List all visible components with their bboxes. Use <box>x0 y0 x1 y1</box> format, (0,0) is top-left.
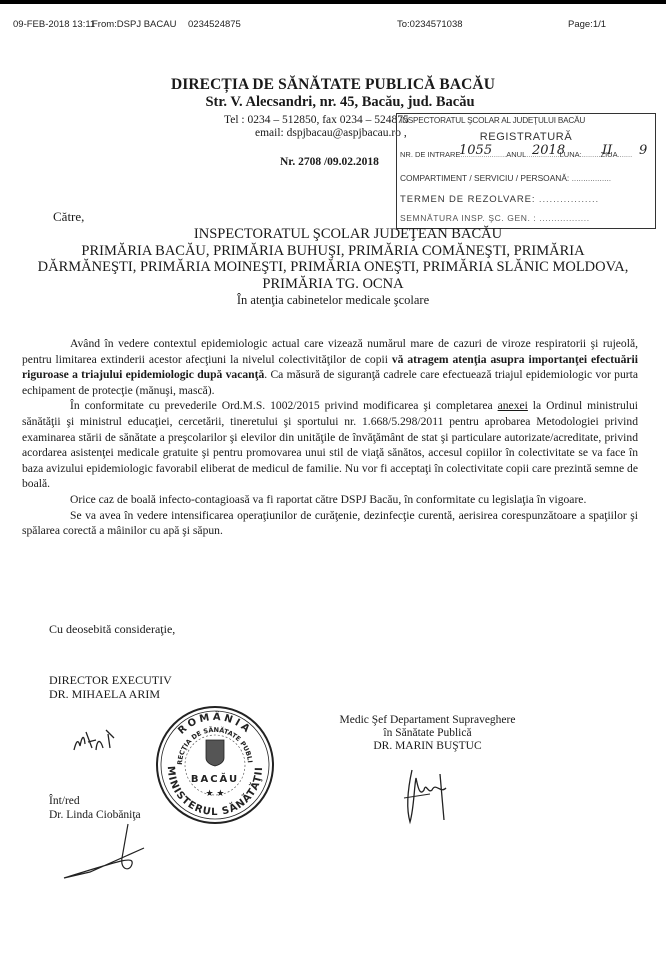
director-title: DIRECTOR EXECUTIV <box>49 673 172 687</box>
recipient-line: DĂRMĂNEŞTI, PRIMĂRIA MOINEŞTI, PRIMĂRIA … <box>0 259 666 276</box>
chief-name: DR. MARIN BUŞTUC <box>320 740 535 753</box>
registry-signature-dots: ................. <box>539 213 589 223</box>
director-block: DIRECTOR EXECUTIV DR. MIHAELA ARIM <box>49 673 172 701</box>
registry-department-label: COMPARTIMENT / SERVICIU / PERSOANĂ: <box>400 173 569 183</box>
paragraph-reporting: Orice caz de boală infecto-contagioasă v… <box>22 492 638 508</box>
paragraph-hygiene: Se va avea în vedere intensificarea oper… <box>22 508 638 539</box>
chief-signature-icon <box>400 768 490 828</box>
recipient-line: INSPECTORATUL ŞCOLAR JUDEŢEAN BACĂU <box>0 226 666 243</box>
recipient-line: PRIMĂRIA BACĂU, PRIMĂRIA BUHUŞI, PRIMĂRI… <box>0 243 666 260</box>
fax-datetime: 09-FEB-2018 13:11 <box>13 19 95 30</box>
registry-year-label: ANUL <box>506 150 526 159</box>
fax-from-number: 0234524875 <box>188 19 241 30</box>
drafted-by-block: Înt/red Dr. Linda Ciobăniţa <box>49 794 141 822</box>
official-stamp-icon: ROMÂNIA DIRECŢIA DE SĂNĂTATE PUBLICĂ MIN… <box>150 700 280 830</box>
attention-line: În atenţia cabinetelor medicale şcolare <box>0 292 666 309</box>
registry-department-dots: ................. <box>572 173 612 183</box>
organization-title: DIRECȚIA DE SĂNĂTATE PUBLICĂ BACĂU <box>0 76 620 94</box>
registry-subtitle: REGISTRATURĂ <box>397 131 655 143</box>
registry-month-value: II <box>602 143 612 158</box>
organization-email: email: dspjbacau@aspjbacau.ro , <box>255 127 407 139</box>
closing-salutation: Cu deosebită consideraţie, <box>49 622 175 637</box>
registry-nr-value: 1055 <box>459 143 492 158</box>
fax-from: From:DSPJ BACAU <box>92 19 176 30</box>
registry-entry-row: NR. DE INTRARE......................ANUL… <box>400 150 632 159</box>
director-name: DR. MIHAELA ARIM <box>49 687 172 701</box>
chief-title: Medic Şef Departament Supraveghere <box>320 714 535 727</box>
registry-deadline-row: TERMEN DE REZOLVARE: ................. <box>400 194 599 205</box>
recipient-line: PRIMĂRIA TG. OCNA <box>0 276 666 293</box>
drafter-signature-icon <box>60 822 150 882</box>
paragraph-text: În conformitate cu prevederile Ord.M.S. … <box>70 399 498 412</box>
svg-text:DIRECŢIA DE SĂNĂTATE PUBLICĂ: DIRECŢIA DE SĂNĂTATE PUBLICĂ <box>150 700 254 765</box>
fax-transmission-header: 09-FEB-2018 13:11 From:DSPJ BACAU 023452… <box>0 19 666 35</box>
registry-year-value: 2018 <box>532 143 565 158</box>
recipients-block: INSPECTORATUL ŞCOLAR JUDEŢEAN BACĂU PRIM… <box>0 226 666 309</box>
registry-deadline-label: TERMEN DE REZOLVARE: <box>400 194 535 205</box>
registry-day-value: 9 <box>639 143 647 158</box>
registry-stamp: INSPECTORATUL ŞCOLAR AL JUDEŢULUI BACĂU … <box>396 113 656 229</box>
paragraph-text: la Ordinul ministrului sănătăţii şi mini… <box>22 399 638 490</box>
letter-body: Având în vedere contextul epidemiologic … <box>22 336 638 539</box>
fax-page: Page:1/1 <box>568 19 606 30</box>
registry-nr-label: NR. DE INTRARE <box>400 150 460 159</box>
director-signature-icon <box>70 724 130 756</box>
svg-text:★ ★: ★ ★ <box>206 789 225 799</box>
paragraph-regulation: În conformitate cu prevederile Ord.M.S. … <box>22 398 638 492</box>
paragraph-triage: Având în vedere contextul epidemiologic … <box>22 336 638 398</box>
chief-physician-block: Medic Şef Departament Supraveghere în Să… <box>320 714 535 753</box>
organization-address: Str. V. Alecsandri, nr. 45, Bacău, jud. … <box>0 94 620 111</box>
chief-subtitle: în Sănătate Publică <box>320 727 535 740</box>
registry-signature-row: SEMNĂTURA INSP. ŞC. GEN. : .............… <box>400 213 590 223</box>
drafted-label: Înt/red <box>49 794 141 808</box>
to-label: Către, <box>53 209 84 225</box>
paragraph-underlined: anexei <box>498 399 528 412</box>
registry-signature-label: SEMNĂTURA INSP. ŞC. GEN. : <box>400 213 536 223</box>
document-number: Nr. 2708 /09.02.2018 <box>280 156 379 168</box>
svg-text:BACĂU: BACĂU <box>191 772 239 785</box>
fax-to: To:0234571038 <box>397 19 463 30</box>
registry-title: INSPECTORATUL ŞCOLAR AL JUDEŢULUI BACĂU <box>400 116 585 125</box>
organization-phone-fax: Tel : 0234 – 512850, fax 0234 – 524875 <box>224 114 409 126</box>
drafted-name: Dr. Linda Ciobăniţa <box>49 808 141 822</box>
registry-department-row: COMPARTIMENT / SERVICIU / PERSOANĂ: ....… <box>400 173 611 183</box>
registry-deadline-dots: ................. <box>539 194 599 205</box>
fax-top-border <box>0 0 666 4</box>
